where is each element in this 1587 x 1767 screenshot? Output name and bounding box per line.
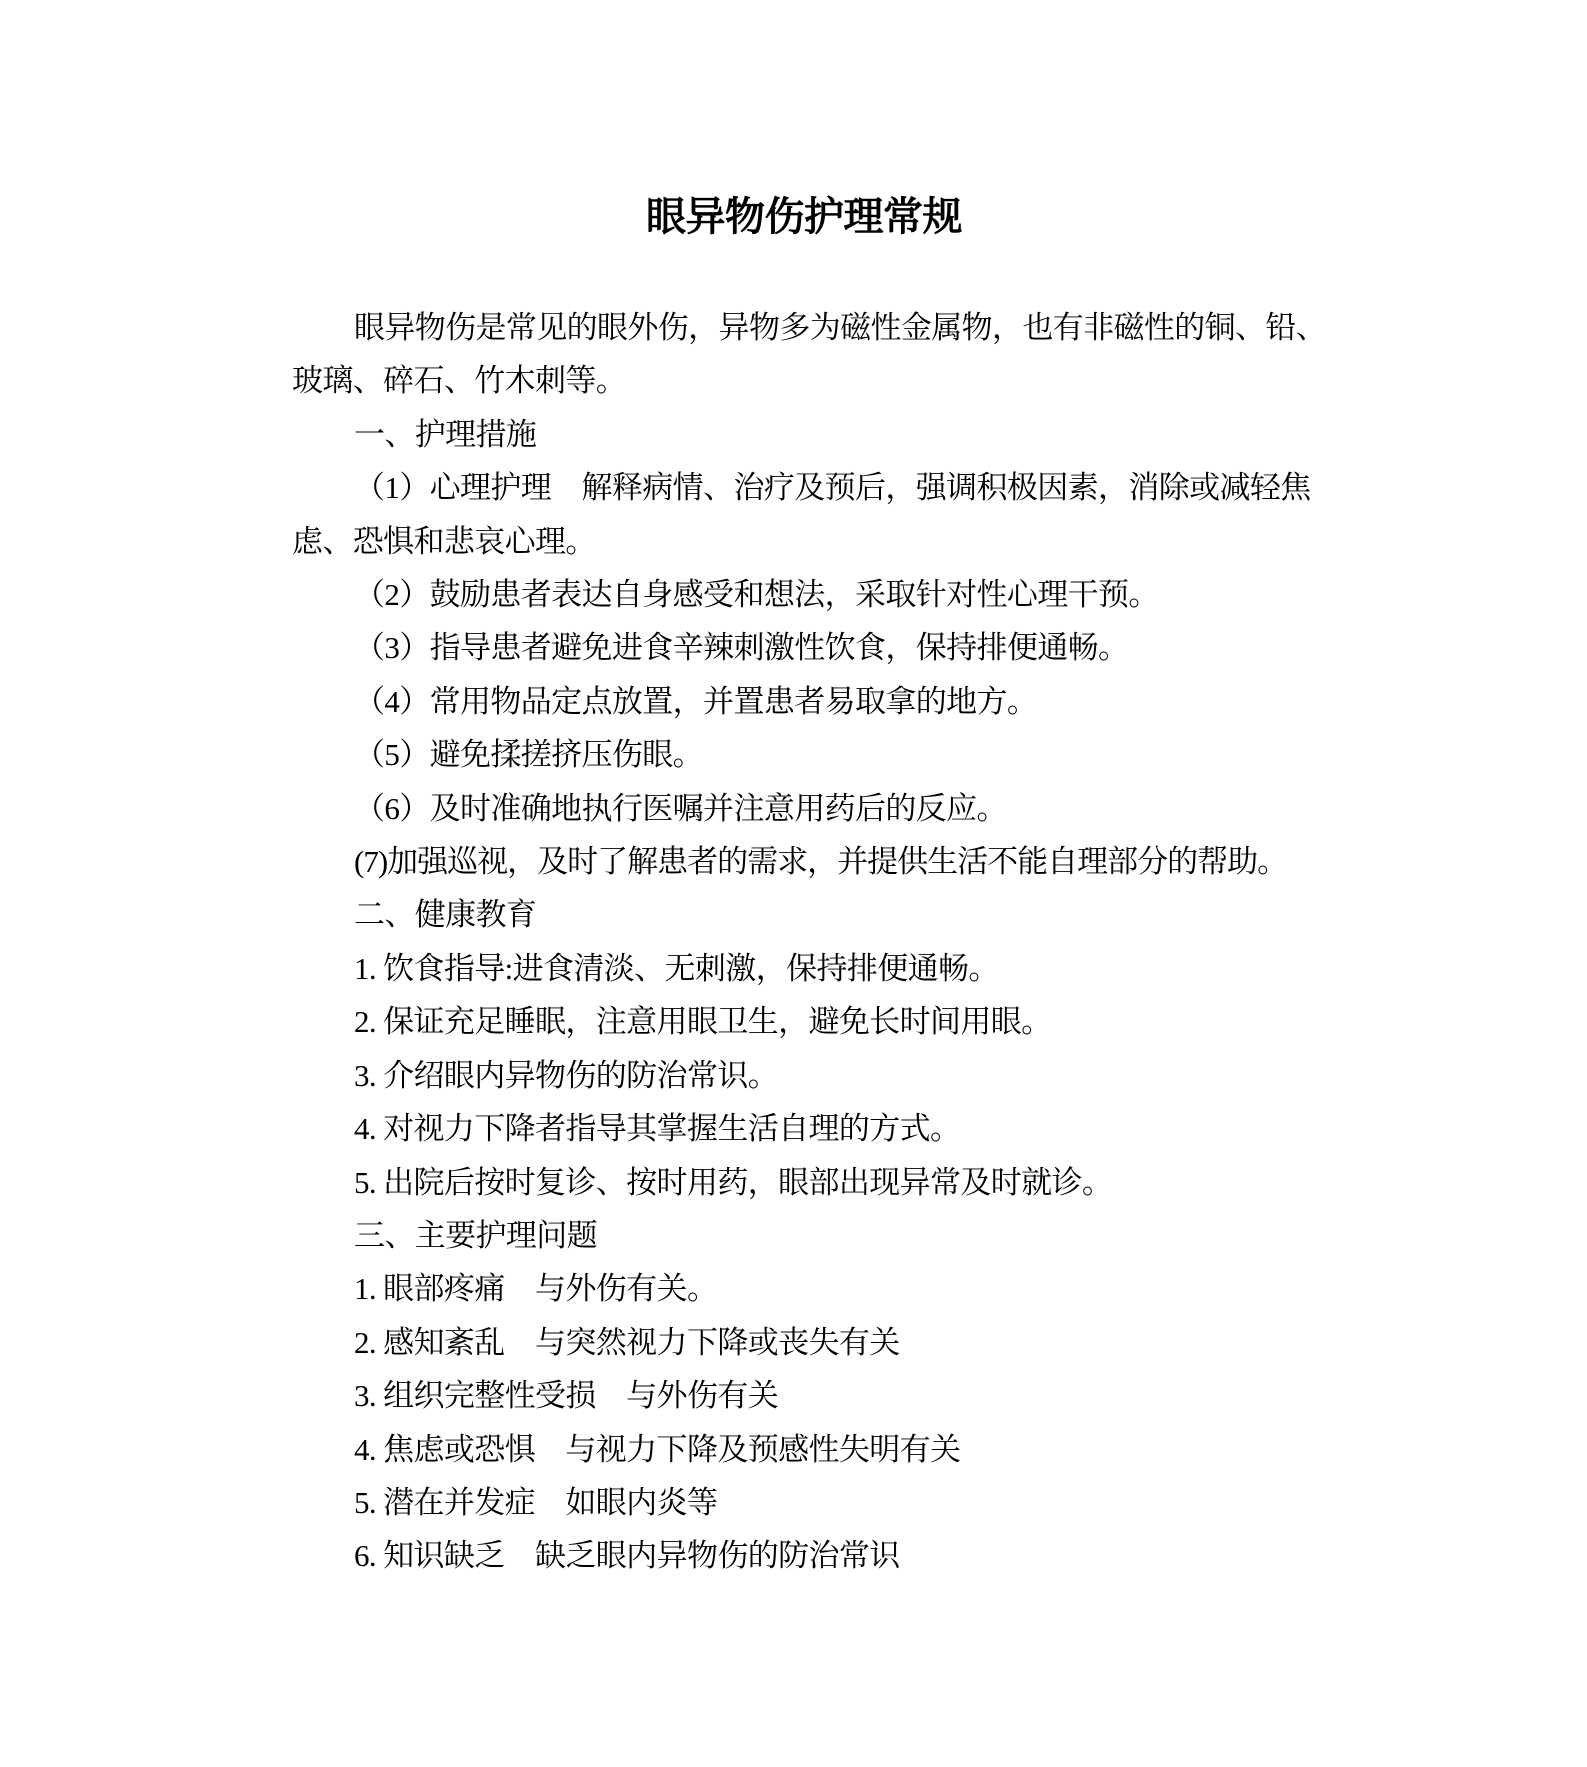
paragraph: 三、主要护理问题: [292, 1209, 1337, 1262]
paragraph: 5. 潜在并发症 如眼内炎等: [292, 1476, 1337, 1529]
paragraph: 眼异物伤是常见的眼外伤，异物多为磁性金属物，也有非磁性的铜、铅、玻璃、碎石、竹木…: [292, 301, 1337, 408]
paragraph: 一、护理措施: [292, 408, 1337, 461]
paragraph: 5. 出院后按时复诊、按时用药，眼部出现异常及时就诊。: [292, 1156, 1337, 1209]
paragraph: 4. 焦虑或恐惧 与视力下降及预感性失明有关: [292, 1423, 1337, 1476]
paragraph: 4. 对视力下降者指导其掌握生活自理的方式。: [292, 1102, 1337, 1155]
paragraph: （1）心理护理 解释病情、治疗及预后，强调积极因素，消除或减轻焦虑、恐惧和悲哀心…: [292, 461, 1337, 568]
document-page: 眼异物伤护理常规 眼异物伤是常见的眼外伤，异物多为磁性金属物，也有非磁性的铜、铅…: [0, 0, 1587, 1767]
paragraph: （3）指导患者避免进食辛辣刺激性饮食，保持排便通畅。: [292, 621, 1337, 674]
document-content: 眼异物伤护理常规 眼异物伤是常见的眼外伤，异物多为磁性金属物，也有非磁性的铜、铅…: [0, 191, 1587, 1583]
document-body: 眼异物伤是常见的眼外伤，异物多为磁性金属物，也有非磁性的铜、铅、玻璃、碎石、竹木…: [292, 301, 1337, 1583]
paragraph: 2. 保证充足睡眠，注意用眼卫生，避免长时间用眼。: [292, 995, 1337, 1048]
paragraph: 1. 眼部疼痛 与外伤有关。: [292, 1262, 1337, 1315]
document-title: 眼异物伤护理常规: [271, 191, 1337, 243]
paragraph: （5）避免揉搓挤压伤眼。: [292, 728, 1337, 781]
paragraph: （2）鼓励患者表达自身感受和想法，采取针对性心理干预。: [292, 568, 1337, 621]
paragraph: 3. 组织完整性受损 与外伤有关: [292, 1369, 1337, 1422]
paragraph: （6）及时准确地执行医嘱并注意用药后的反应。: [292, 782, 1337, 835]
paragraph: 6. 知识缺乏 缺乏眼内异物伤的防治常识: [292, 1529, 1337, 1582]
paragraph: （4）常用物品定点放置，并置患者易取拿的地方。: [292, 675, 1337, 728]
paragraph: (7)加强巡视，及时了解患者的需求，并提供生活不能自理部分的帮助。: [292, 835, 1337, 888]
paragraph: 1. 饮食指导:进食清淡、无刺激，保持排便通畅。: [292, 942, 1337, 995]
paragraph: 2. 感知紊乱 与突然视力下降或丧失有关: [292, 1316, 1337, 1369]
paragraph: 二、健康教育: [292, 888, 1337, 941]
paragraph: 3. 介绍眼内异物伤的防治常识。: [292, 1049, 1337, 1102]
